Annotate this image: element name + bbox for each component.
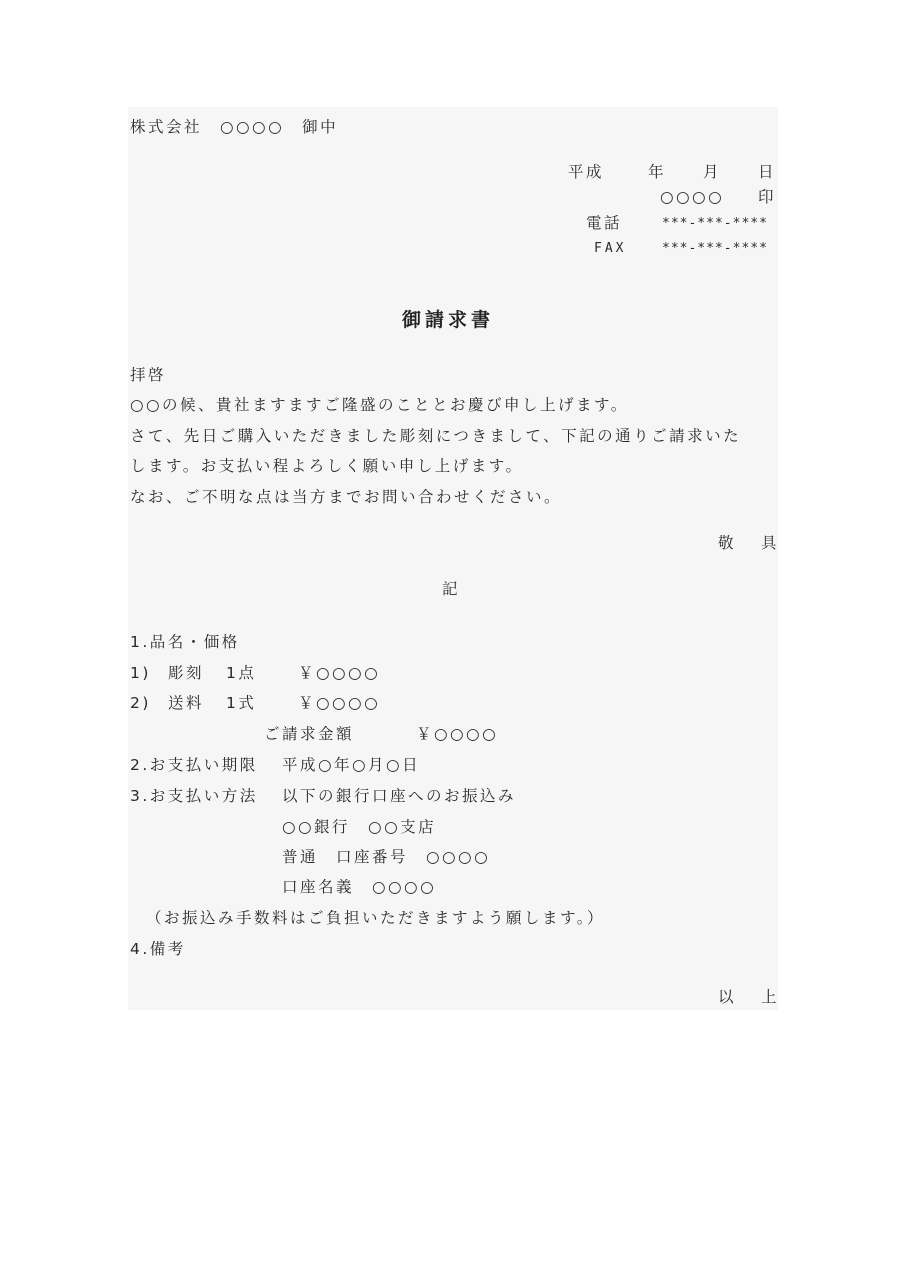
salutation: 拝啓 bbox=[130, 365, 166, 385]
item-price: ￥○○○○ bbox=[298, 663, 380, 683]
payment-deadline-value: 平成○年○月○日 bbox=[282, 755, 420, 775]
body-line: ○○の候、貴社ますますご隆盛のこととお慶び申し上げます。 bbox=[130, 395, 629, 415]
end-ijou: 以 上 bbox=[718, 987, 783, 1007]
item-num: 1) bbox=[130, 663, 151, 683]
addressee: 株式会社 ○○○○ 御中 bbox=[130, 117, 338, 137]
fee-note: （お振込み手数料はご負担いただきますよう願します。） bbox=[146, 908, 605, 928]
body-line: なお、ご不明な点は当方までお問い合わせください。 bbox=[130, 487, 562, 507]
document-title: 御請求書 bbox=[402, 310, 494, 330]
body-line: します。お支払い程よろしく願い申し上げます。 bbox=[130, 456, 524, 476]
sender-name: ○○○○ bbox=[660, 187, 724, 207]
seal-mark: 印 bbox=[758, 187, 776, 207]
bank-branch: ○○銀行 ○○支店 bbox=[282, 817, 436, 837]
invoice-document: 株式会社 ○○○○ 御中 平成 年 月 日 ○○○○ 印 電話 ***-***-… bbox=[128, 107, 778, 1010]
payment-method-label: 3.お支払い方法 bbox=[130, 786, 258, 806]
ki-marker: 記 bbox=[442, 579, 460, 599]
item-name: 彫刻 bbox=[168, 663, 204, 683]
date-day: 日 bbox=[758, 162, 776, 182]
tel-label: 電話 bbox=[586, 213, 622, 233]
account-holder: 口座名義 ○○○○ bbox=[282, 877, 436, 897]
remarks-label: 4.備考 bbox=[130, 939, 186, 959]
item-num: 2) bbox=[130, 693, 151, 713]
account-number: 普通 口座番号 ○○○○ bbox=[282, 847, 490, 867]
fax-value: ***-***-**** bbox=[662, 239, 768, 259]
item-price: ￥○○○○ bbox=[298, 693, 380, 713]
payment-deadline-label: 2.お支払い期限 bbox=[130, 755, 258, 775]
tel-value: ***-***-**** bbox=[662, 214, 768, 234]
item-qty: 1点 bbox=[226, 663, 256, 683]
fax-label: FAX bbox=[594, 239, 626, 259]
closing-keigu: 敬 具 bbox=[718, 533, 783, 553]
total-value: ￥○○○○ bbox=[416, 724, 498, 744]
payment-method-value: 以下の銀行口座へのお振込み bbox=[282, 786, 516, 806]
item-name: 送料 bbox=[168, 693, 204, 713]
total-label: ご請求金額 bbox=[264, 724, 354, 744]
date-month: 月 bbox=[703, 162, 721, 182]
item-qty: 1式 bbox=[226, 693, 256, 713]
section1-heading: 1.品名・価格 bbox=[130, 632, 240, 652]
date-year: 年 bbox=[648, 162, 666, 182]
body-line: さて、先日ご購入いただきました彫刻につきまして、下記の通りご請求いた bbox=[130, 426, 741, 446]
date-era: 平成 bbox=[568, 162, 604, 182]
